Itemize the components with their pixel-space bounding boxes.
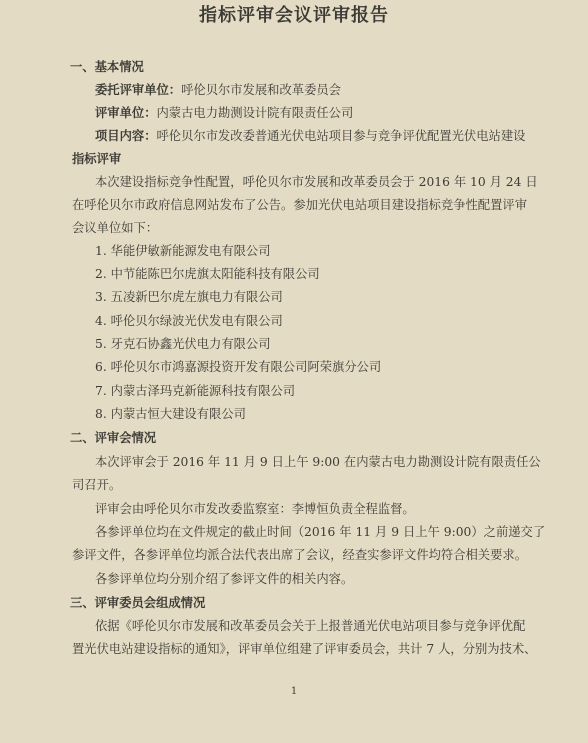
paragraph-line: 评审会由呼伦贝尔市发改委监察室：李博恒负责全程监督。 — [95, 501, 415, 517]
paragraph-line: 司召开。 — [72, 477, 121, 493]
paragraph-line: 参评文件，各参评单位均派合法代表出席了会议，经查实参评文件均符合相关要求。 — [72, 547, 518, 563]
field-project-content: 项目内容：呼伦贝尔市发改委普通光伏电站项目参与竞争评优配置光伏电站建设 — [95, 128, 516, 144]
list-item-unit: 3. 五凌新巴尔虎左旗电力有限公司 — [95, 289, 283, 305]
field-project-content-cont: 指标评审 — [72, 151, 121, 167]
document-page: 指标评审会议评审报告 一、基本情况 委托评审单位：呼伦贝尔市发展和改革委员会 评… — [0, 0, 588, 743]
paragraph-line: 本次评审会于 2016 年 11 月 9 日上午 9:00 在内蒙古电力勘测设计… — [95, 454, 516, 470]
paragraph-line: 会议单位如下： — [72, 220, 158, 236]
field-value: 内蒙古电力勘测设计院有限责任公司 — [157, 106, 354, 120]
list-item-unit: 8. 内蒙古恒大建设有限公司 — [95, 406, 246, 422]
paragraph-line: 各参评单位均分别介绍了参评文件的相关内容。 — [95, 571, 353, 587]
field-label: 委托评审单位： — [95, 82, 181, 97]
list-item-unit: 1. 华能伊敏新能源发电有限公司 — [95, 243, 271, 259]
paragraph-line: 在呼伦贝尔市政府信息网站发布了公告。参加光伏电站项目建设指标竞争性配置评审 — [72, 197, 518, 213]
field-review-unit: 评审单位：内蒙古电力勘测设计院有限责任公司 — [95, 105, 353, 121]
section-2-heading: 二、评审会情况 — [70, 430, 156, 446]
field-value: 呼伦贝尔市发展和改革委员会 — [181, 83, 341, 97]
paragraph-line: 各参评单位均在文件规定的截止时间（2016 年 11 月 9 日上午 9:00）… — [95, 524, 516, 540]
paragraph-line: 本次建设指标竞争性配置，呼伦贝尔市发展和改革委员会于 2016 年 10 月 2… — [95, 174, 516, 190]
list-item-unit: 7. 内蒙古泽玛克新能源科技有限公司 — [95, 383, 295, 399]
page-number: 1 — [0, 685, 588, 699]
field-label: 项目内容： — [95, 128, 157, 143]
paragraph-line: 置光伏电站建设指标的通知》，评审单位组建了评审委员会，共计 7 人，分别为技术、 — [72, 641, 518, 657]
document-title: 指标评审会议评审报告 — [0, 4, 588, 28]
list-item-unit: 6. 呼伦贝尔市鸿嘉源投资开发有限公司阿荣旗分公司 — [95, 359, 381, 375]
paragraph-line: 依据《呼伦贝尔市发展和改革委员会关于上报普通光伏电站项目参与竞争评优配 — [95, 618, 516, 634]
list-item-unit: 5. 牙克石协鑫光伏电力有限公司 — [95, 336, 271, 352]
list-item-unit: 2. 中节能陈巴尔虎旗太阳能科技有限公司 — [95, 266, 320, 282]
list-item-unit: 4. 呼伦贝尔绿波光伏发电有限公司 — [95, 313, 283, 329]
section-3-heading: 三、评审委员会组成情况 — [70, 595, 205, 611]
field-value: 呼伦贝尔市发改委普通光伏电站项目参与竞争评优配置光伏电站建设 — [157, 129, 526, 143]
field-commissioning-unit: 委托评审单位：呼伦贝尔市发展和改革委员会 — [95, 82, 341, 98]
field-label: 评审单位： — [95, 105, 157, 120]
section-1-heading: 一、基本情况 — [70, 59, 144, 75]
